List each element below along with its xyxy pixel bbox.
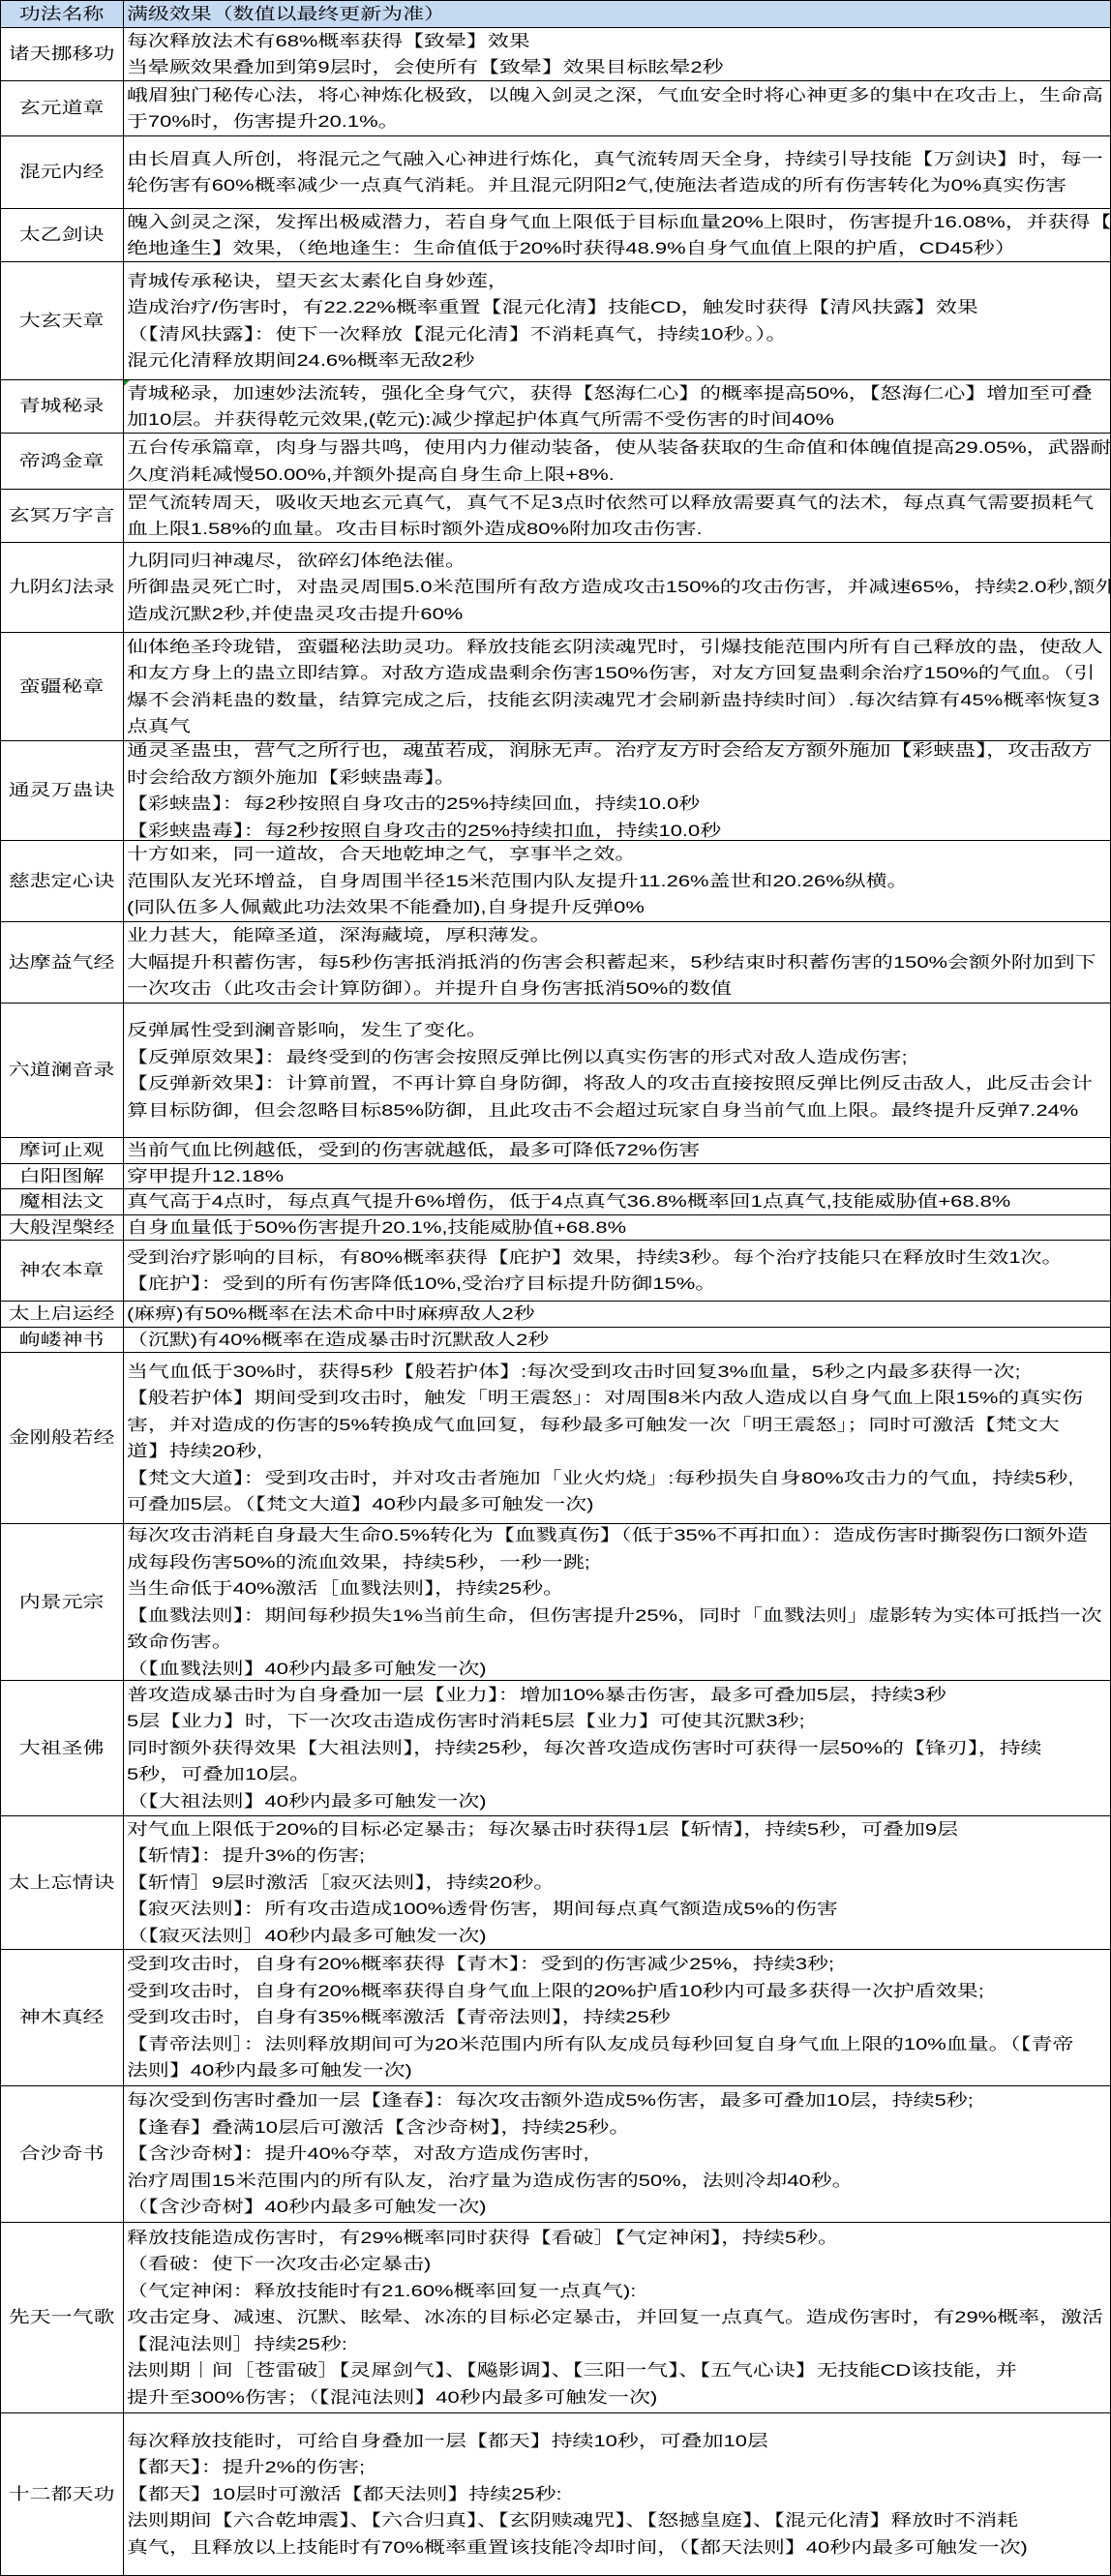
- skill-name: 先天一气歌: [1, 2304, 122, 2331]
- header-cell-name[interactable]: 功法名称: [1, 1, 124, 28]
- skill-effect-cell[interactable]: 自身血量低于50%伤害提升20.1%,技能威胁值+68.8%: [124, 1215, 1111, 1241]
- skill-name-cell[interactable]: 大般涅槃经: [1, 1215, 124, 1241]
- skill-effect-cell[interactable]: 当气血低于30%时，获得5秒【般若护体】:每次受到攻击时回复3%血量，5秒之内最…: [124, 1353, 1111, 1524]
- skill-effect-cell[interactable]: 对气血上限低于20%的目标必定暴击；每次暴击时获得1层【斩情】，持续5秒，可叠加…: [124, 1816, 1111, 1950]
- skill-name-cell[interactable]: 摩诃止观: [1, 1138, 124, 1164]
- skill-name-cell[interactable]: 大祖圣佛: [1, 1681, 124, 1816]
- skill-effect: 罡气流转周天，吸收天地玄元真气，真气不足3点时依然可以释放需要真气的法术，每点真…: [127, 490, 1109, 543]
- skill-name: 摩诃止观: [1, 1138, 122, 1164]
- skill-effect-cell[interactable]: 青城秘录，加速妙法流转，强化全身气穴，获得【怒海仁心】的概率提高50%，【怒海仁…: [124, 380, 1111, 434]
- skill-effect: 青城传承秘诀，望天玄太素化自身妙莲， 造成治疗/伤害时，有22.22%概率重置【…: [127, 268, 1109, 374]
- skill-name-cell[interactable]: 玄冥万字言: [1, 490, 124, 543]
- skill-name: 大玄天章: [1, 308, 122, 335]
- skill-effect-cell[interactable]: 受到治疗影响的目标，有80%概率获得【庇护】效果，持续3秒。每个治疗技能只在释放…: [124, 1241, 1111, 1302]
- skill-effect: 受到攻击时，自身有20%概率获得【青木】：受到的伤害减少25%，持续3秒; 受到…: [127, 1951, 1109, 2084]
- skill-effect-cell[interactable]: 当前气血比例越低，受到的伤害就越低，最多可降低72%伤害: [124, 1138, 1111, 1164]
- skill-effect-cell[interactable]: 每次受到伤害时叠加一层【逢春】：每次攻击额外造成5%伤害，最多可叠加10层，持续…: [124, 2086, 1111, 2223]
- skill-name: 岣嵝神书: [1, 1328, 122, 1353]
- skill-name-cell[interactable]: 魔相法文: [1, 1189, 124, 1215]
- skill-effect: 普攻造成暴击时为自身叠加一层【业力】：增加10%暴击伤害，最多可叠加5层，持续3…: [127, 1682, 1109, 1815]
- skill-name: 通灵万蛊诀: [1, 777, 122, 804]
- skill-effect: 当前气血比例越低，受到的伤害就越低，最多可降低72%伤害: [127, 1138, 1109, 1164]
- skill-name-cell[interactable]: 青城秘录: [1, 380, 124, 434]
- skill-effect-cell[interactable]: 青城传承秘诀，望天玄太素化自身妙莲， 造成治疗/伤害时，有22.22%概率重置【…: [124, 262, 1111, 380]
- skill-effect: 通灵圣蛊虫，营气之所行也，魂茧若成，润脉无声。治疗友方时会给友方额外施加【彩蛱蛊…: [127, 741, 1109, 841]
- skill-name-cell[interactable]: 太乙剑诀: [1, 209, 124, 262]
- skill-effect-cell[interactable]: 十方如来，同一道故，合天地乾坤之气，享事半之效。 范围队友光环增益，自身周围半径…: [124, 841, 1111, 922]
- skill-name-cell[interactable]: 神木真经: [1, 1950, 124, 2086]
- skill-effect: 释放技能造成伤害时，有29%概率同时获得【看破］【气定神闲】，持续5秒。 （看破…: [127, 2225, 1109, 2411]
- skill-name: 太上忘情诀: [1, 1870, 122, 1897]
- skill-name-cell[interactable]: 帝鸿金章: [1, 434, 124, 490]
- skill-name: 帝鸿金章: [1, 448, 122, 475]
- skill-effect-cell[interactable]: 反弹属性受到澜音影响，发生了变化。 【反弹原效果】：最终受到的伤害会按照反弹比例…: [124, 1003, 1111, 1138]
- skill-name: 十二都天功: [1, 2481, 122, 2508]
- skill-name: 慈悲定心诀: [1, 868, 122, 895]
- skill-effect: 每次攻击消耗自身最大生命0.5%转化为【血戮真伤】（低于35%不再扣血）：造成伤…: [127, 1524, 1109, 1681]
- skill-name: 九阴幻法录: [1, 574, 122, 601]
- skill-name: 诸天挪移功: [1, 41, 122, 68]
- skill-effect-cell[interactable]: 五台传承篇章，肉身与器共鸣，使用内力催动装备，使从装备获取的生命值和体魄值提高2…: [124, 434, 1111, 490]
- skill-name: 达摩益气经: [1, 949, 122, 976]
- skill-name-cell[interactable]: 太上忘情诀: [1, 1816, 124, 1950]
- skill-effect: 穿甲提升12.18%: [127, 1164, 1109, 1189]
- skill-effect: 每次释放技能时，可给自身叠加一层【都天】持续10秒，可叠加10层 【都天】：提升…: [127, 2428, 1109, 2561]
- skill-effect: 受到治疗影响的目标，有80%概率获得【庇护】效果，持续3秒。每个治疗技能只在释放…: [127, 1244, 1109, 1298]
- skill-effect: 仙体绝圣玲珑错，蛮疆秘法助灵功。释放技能玄阴渎魂咒时，引爆技能范围内所有自己释放…: [127, 634, 1109, 740]
- skill-effect: （沉默)有40%概率在造成暴击时沉默敌人2秒: [127, 1328, 1109, 1353]
- skill-effect-cell[interactable]: 罡气流转周天，吸收天地玄元真气，真气不足3点时依然可以释放需要真气的法术，每点真…: [124, 490, 1111, 543]
- skill-effect: 魄入剑灵之深，发挥出极威潜力，若自身气血上限低于目标血量20%上限时，伤害提升1…: [127, 209, 1109, 262]
- skill-effect-cell[interactable]: 业力甚大，能障圣道，深海藏境，厚积薄发。 大幅提升积蓄伤害，每5秒伤害抵消抵消的…: [124, 922, 1111, 1003]
- header-cell-effect[interactable]: 满级效果（数值以最终更新为准）: [124, 1, 1111, 28]
- skill-name: 白阳图解: [1, 1164, 122, 1189]
- skill-name-cell[interactable]: 九阴幻法录: [1, 543, 124, 633]
- skill-name: 六道澜音录: [1, 1057, 122, 1084]
- skill-name: 玄冥万字言: [1, 502, 122, 529]
- skill-effect: 真气高于4点时，每点真气提升6%增伤，低于4点真气36.8%概率回1点真气,技能…: [127, 1189, 1109, 1215]
- skill-effect-cell[interactable]: 穿甲提升12.18%: [124, 1164, 1111, 1189]
- skill-name: 魔相法文: [1, 1189, 122, 1215]
- skill-name: 神农本章: [1, 1257, 122, 1284]
- skill-name: 大祖圣佛: [1, 1735, 122, 1762]
- skill-name: 太乙剑诀: [1, 222, 122, 249]
- skill-name: 合沙奇书: [1, 2141, 122, 2168]
- skill-name-cell[interactable]: 岣嵝神书: [1, 1328, 124, 1353]
- skill-name: 青城秘录: [1, 393, 122, 420]
- skill-name: 大般涅槃经: [1, 1215, 122, 1241]
- skill-name-cell[interactable]: 慈悲定心诀: [1, 841, 124, 922]
- skill-effect: 青城秘录，加速妙法流转，强化全身气穴，获得【怒海仁心】的概率提高50%，【怒海仁…: [127, 380, 1109, 434]
- column-header-effect: 满级效果（数值以最终更新为准）: [127, 1, 1109, 27]
- column-header-name: 功法名称: [1, 1, 122, 27]
- skill-name: 玄元道章: [1, 95, 122, 122]
- skill-effect-cell[interactable]: 每次释放法术有68%概率获得【致晕】效果 当晕厥效果叠加到第9层时，会使所有【致…: [124, 28, 1111, 81]
- skill-name-cell[interactable]: 蛮疆秘章: [1, 633, 124, 741]
- skill-effect-cell[interactable]: 受到攻击时，自身有20%概率获得【青木】：受到的伤害减少25%，持续3秒; 受到…: [124, 1950, 1111, 2086]
- skill-effect-cell[interactable]: 每次攻击消耗自身最大生命0.5%转化为【血戮真伤】（低于35%不再扣血）：造成伤…: [124, 1524, 1111, 1681]
- skill-effect: 五台传承篇章，肉身与器共鸣，使用内力催动装备，使从装备获取的生命值和体魄值提高2…: [127, 434, 1109, 488]
- skill-name-cell[interactable]: 玄元道章: [1, 81, 124, 136]
- skill-effect-cell[interactable]: (麻痹)有50%概率在法术命中时麻痹敌人2秒: [124, 1302, 1111, 1328]
- skill-effect: 每次释放法术有68%概率获得【致晕】效果 当晕厥效果叠加到第9层时，会使所有【致…: [127, 28, 1109, 81]
- skill-effect: 对气血上限低于20%的目标必定暴击；每次暴击时获得1层【斩情】，持续5秒，可叠加…: [127, 1816, 1109, 1949]
- skill-name-cell[interactable]: 达摩益气经: [1, 922, 124, 1003]
- skill-effect-cell[interactable]: 魄入剑灵之深，发挥出极威潜力，若自身气血上限低于目标血量20%上限时，伤害提升1…: [124, 209, 1111, 262]
- skill-name: 金刚般若经: [1, 1424, 122, 1452]
- skill-name: 内景元宗: [1, 1589, 122, 1616]
- skill-effect-cell[interactable]: 释放技能造成伤害时，有29%概率同时获得【看破］【气定神闲】，持续5秒。 （看破…: [124, 2223, 1111, 2413]
- skill-effect: 九阴同归神魂尽，欲碎幻体绝法催。 所御蛊灵死亡时，对蛊灵周围5.0米范围所有敌方…: [127, 548, 1109, 628]
- skill-name-cell[interactable]: 诸天挪移功: [1, 28, 124, 81]
- skill-effect-cell[interactable]: 仙体绝圣玲珑错，蛮疆秘法助灵功。释放技能玄阴渎魂咒时，引爆技能范围内所有自己释放…: [124, 633, 1111, 741]
- skill-name-cell[interactable]: 混元内经: [1, 136, 124, 209]
- skill-effect: 每次受到伤害时叠加一层【逢春】：每次攻击额外造成5%伤害，最多可叠加10层，持续…: [127, 2087, 1109, 2221]
- skill-name: 混元内经: [1, 159, 122, 186]
- skill-name-cell[interactable]: 太上启运经: [1, 1302, 124, 1328]
- skill-effect-cell[interactable]: 由长眉真人所创，将混元之气融入心神进行炼化，真气流转周天全身，持续引导技能【万剑…: [124, 136, 1111, 209]
- skill-effect: 业力甚大，能障圣道，深海藏境，厚积薄发。 大幅提升积蓄伤害，每5秒伤害抵消抵消的…: [127, 922, 1109, 1003]
- skill-effect: 当气血低于30%时，获得5秒【般若护体】:每次受到攻击时回复3%血量，5秒之内最…: [127, 1359, 1109, 1518]
- skill-effect: 十方如来，同一道故，合天地乾坤之气，享事半之效。 范围队友光环增益，自身周围半径…: [127, 841, 1109, 921]
- skill-effect-cell[interactable]: 峨眉独门秘传心法，将心神炼化极致，以魄入剑灵之深，气血安全时将心神更多的集中在攻…: [124, 81, 1111, 136]
- skill-name-cell[interactable]: 白阳图解: [1, 1164, 124, 1189]
- skill-effect-cell[interactable]: 九阴同归神魂尽，欲碎幻体绝法催。 所御蛊灵死亡时，对蛊灵周围5.0米范围所有敌方…: [124, 543, 1111, 633]
- skill-name-cell[interactable]: 六道澜音录: [1, 1003, 124, 1138]
- skill-name: 蛮疆秘章: [1, 674, 122, 701]
- skill-name-cell[interactable]: 十二都天功: [1, 2413, 124, 2576]
- skill-effect: 峨眉独门秘传心法，将心神炼化极致，以魄入剑灵之深，气血安全时将心神更多的集中在攻…: [127, 82, 1109, 135]
- skill-effect: 自身血量低于50%伤害提升20.1%,技能威胁值+68.8%: [127, 1215, 1109, 1241]
- skill-effect-cell[interactable]: 通灵圣蛊虫，营气之所行也，魂茧若成，润脉无声。治疗友方时会给友方额外施加【彩蛱蛊…: [124, 741, 1111, 841]
- skill-name-cell[interactable]: 大玄天章: [1, 262, 124, 380]
- skill-name: 神木真经: [1, 2004, 122, 2031]
- skill-effect-cell[interactable]: 每次释放技能时，可给自身叠加一层【都天】持续10秒，可叠加10层 【都天】：提升…: [124, 2413, 1111, 2576]
- skill-name-cell[interactable]: 合沙奇书: [1, 2086, 124, 2223]
- skill-effect-cell[interactable]: （沉默)有40%概率在造成暴击时沉默敌人2秒: [124, 1328, 1111, 1353]
- skill-name-cell[interactable]: 内景元宗: [1, 1524, 124, 1681]
- skill-name-cell[interactable]: 神农本章: [1, 1241, 124, 1302]
- skill-name: 太上启运经: [1, 1302, 122, 1328]
- skill-name-cell[interactable]: 通灵万蛊诀: [1, 741, 124, 841]
- skill-effects-table: 功法名称 满级效果（数值以最终更新为准） 诸天挪移功 每次释放法术有68%概率获…: [0, 0, 1111, 2576]
- skill-effect-cell[interactable]: 普攻造成暴击时为自身叠加一层【业力】：增加10%暴击伤害，最多可叠加5层，持续3…: [124, 1681, 1111, 1816]
- skill-name-cell[interactable]: 金刚般若经: [1, 1353, 124, 1524]
- skill-effect: (麻痹)有50%概率在法术命中时麻痹敌人2秒: [127, 1302, 1109, 1328]
- skill-effect: 由长眉真人所创，将混元之气融入心神进行炼化，真气流转周天全身，持续引导技能【万剑…: [127, 146, 1109, 199]
- skill-effect: 反弹属性受到澜音影响，发生了变化。 【反弹原效果】：最终受到的伤害会按照反弹比例…: [127, 1017, 1109, 1123]
- skill-effect-cell[interactable]: 真气高于4点时，每点真气提升6%增伤，低于4点真气36.8%概率回1点真气,技能…: [124, 1189, 1111, 1215]
- skill-name-cell[interactable]: 先天一气歌: [1, 2223, 124, 2413]
